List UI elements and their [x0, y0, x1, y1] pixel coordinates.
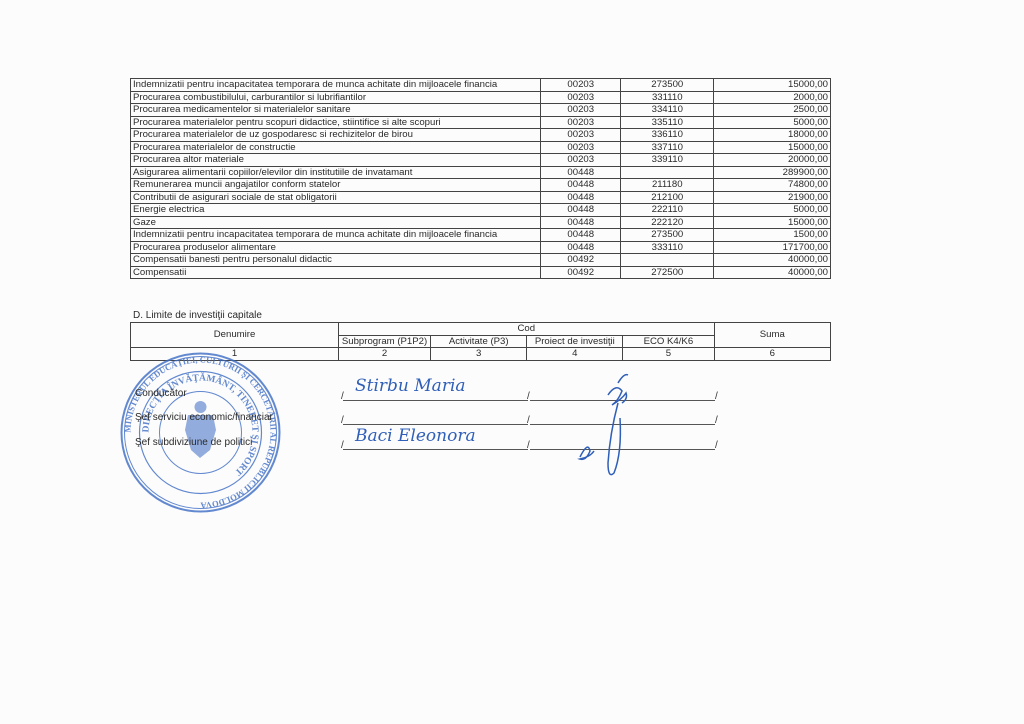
table-row: Procurarea altor materiale00203339110200…	[131, 154, 831, 167]
cell-denumire: Procurarea materialelor de uz gospodares…	[131, 129, 541, 142]
cell-suma: 2000,00	[714, 91, 831, 104]
col-number: 5	[623, 348, 714, 361]
cell-denumire: Compensatii banesti pentru personalul di…	[131, 254, 541, 267]
header-eco: ECO K4/K6	[623, 335, 714, 348]
header-cod: Cod	[339, 323, 715, 336]
header-activitate: Activitate (P3)	[431, 335, 527, 348]
table-row: Procurarea combustibilului, carburantilo…	[131, 91, 831, 104]
cell-subprogram-code: 00203	[541, 91, 621, 104]
cell-denumire: Gaze	[131, 216, 541, 229]
cell-eco-code: 222110	[621, 204, 714, 217]
slash-separator: /	[715, 415, 718, 426]
cell-eco-code: 339110	[621, 154, 714, 167]
cell-denumire: Compensatii	[131, 266, 541, 279]
cell-subprogram-code: 00203	[541, 129, 621, 142]
cell-suma: 18000,00	[714, 129, 831, 142]
table-row: Indemnizatii pentru incapacitatea tempor…	[131, 229, 831, 242]
handwritten-name-3: Baci Eleonora	[355, 426, 476, 446]
slash-separator: /	[527, 415, 530, 426]
col-number: 4	[527, 348, 623, 361]
signature-role-label: Şef serviciu economic/financiar	[135, 412, 273, 423]
cell-denumire: Energie electrica	[131, 204, 541, 217]
cell-denumire: Procurarea altor materiale	[131, 154, 541, 167]
cell-subprogram-code: 00492	[541, 254, 621, 267]
slash-separator: /	[341, 440, 344, 451]
cell-suma: 20000,00	[714, 154, 831, 167]
cell-suma: 40000,00	[714, 254, 831, 267]
official-stamp: MINISTERUL EDUCAŢIEI, CULTURII ŞI CERCET…	[118, 350, 283, 515]
slash-separator: /	[527, 440, 530, 451]
slash-separator: /	[715, 440, 718, 451]
cell-eco-code: 273500	[621, 79, 714, 92]
table-row: Compensatii banesti pentru personalul di…	[131, 254, 831, 267]
header-proiect: Proiect de investiţii	[527, 335, 623, 348]
table-row: Indemnizatii pentru incapacitatea tempor…	[131, 79, 831, 92]
cell-subprogram-code: 00203	[541, 141, 621, 154]
cell-eco-code: 331110	[621, 91, 714, 104]
cell-subprogram-code: 00203	[541, 154, 621, 167]
cell-suma: 21900,00	[714, 191, 831, 204]
cell-subprogram-code: 00448	[541, 216, 621, 229]
cell-subprogram-code: 00448	[541, 179, 621, 192]
cell-subprogram-code: 00203	[541, 104, 621, 117]
cell-subprogram-code: 00203	[541, 79, 621, 92]
table-row: Energie electrica004482221105000,00	[131, 204, 831, 217]
cell-denumire: Procurarea materialelor de constructie	[131, 141, 541, 154]
cell-eco-code: 211180	[621, 179, 714, 192]
table-row: Procurarea materialelor de uz gospodares…	[131, 129, 831, 142]
cell-denumire: Remunerarea muncii angajatilor conform s…	[131, 179, 541, 192]
cell-suma: 5000,00	[714, 116, 831, 129]
signature-role-label: Conducător	[135, 388, 187, 399]
cell-suma: 15000,00	[714, 141, 831, 154]
slash-separator: /	[341, 391, 344, 402]
slash-separator: /	[527, 391, 530, 402]
cell-subprogram-code: 00448	[541, 191, 621, 204]
header-subprogram: Subprogram (P1P2)	[339, 335, 431, 348]
cell-suma: 74800,00	[714, 179, 831, 192]
col-number: 6	[714, 348, 830, 361]
cell-suma: 2500,00	[714, 104, 831, 117]
cell-eco-code: 222120	[621, 216, 714, 229]
table-row: Contributii de asigurari sociale de stat…	[131, 191, 831, 204]
cell-eco-code: 337110	[621, 141, 714, 154]
cell-suma: 5000,00	[714, 204, 831, 217]
cell-subprogram-code: 00492	[541, 266, 621, 279]
table-row: Procurarea medicamentelor si materialelo…	[131, 104, 831, 117]
col-number: 3	[431, 348, 527, 361]
cell-suma: 15000,00	[714, 79, 831, 92]
cell-denumire: Contributii de asigurari sociale de stat…	[131, 191, 541, 204]
table-row: Procurarea materialelor pentru scopuri d…	[131, 116, 831, 129]
cell-eco-code: 272500	[621, 266, 714, 279]
cell-subprogram-code: 00448	[541, 241, 621, 254]
header-suma: Suma	[714, 323, 830, 348]
cell-subprogram-code: 00448	[541, 204, 621, 217]
cell-eco-code: 334110	[621, 104, 714, 117]
handwritten-name-1: Stirbu Maria	[355, 376, 466, 396]
table-row: Procurarea produselor alimentare00448333…	[131, 241, 831, 254]
signature-row: Conducător	[135, 388, 187, 399]
cell-subprogram-code: 00448	[541, 166, 621, 179]
cell-suma: 1500,00	[714, 229, 831, 242]
cell-eco-code: 336110	[621, 129, 714, 142]
cell-eco-code: 333110	[621, 241, 714, 254]
table-row: Gaze0044822212015000,00	[131, 216, 831, 229]
cell-suma: 171700,00	[714, 241, 831, 254]
cell-suma: 15000,00	[714, 216, 831, 229]
col-number: 2	[339, 348, 431, 361]
cell-denumire: Procurarea combustibilului, carburantilo…	[131, 91, 541, 104]
cell-denumire: Procurarea produselor alimentare	[131, 241, 541, 254]
cell-denumire: Asigurarea alimentarii copiilor/elevilor…	[131, 166, 541, 179]
header-denumire: Denumire	[131, 323, 339, 348]
signature-row: Şef subdiviziune de politici	[135, 437, 252, 448]
cell-eco-code: 335110	[621, 116, 714, 129]
cell-eco-code: 273500	[621, 229, 714, 242]
slash-separator: /	[341, 415, 344, 426]
section-d-title: D. Limite de investiţii capitale	[133, 310, 262, 321]
cell-denumire: Procurarea medicamentelor si materialelo…	[131, 104, 541, 117]
cell-denumire: Indemnizatii pentru incapacitatea tempor…	[131, 229, 541, 242]
table-row: Remunerarea muncii angajatilor conform s…	[131, 179, 831, 192]
signature-row: Şef serviciu economic/financiar	[135, 412, 273, 423]
slash-separator: /	[715, 391, 718, 402]
table-row: Compensatii0049227250040000,00	[131, 266, 831, 279]
cell-eco-code	[621, 254, 714, 267]
cell-eco-code: 212100	[621, 191, 714, 204]
budget-lines-table: Indemnizatii pentru incapacitatea tempor…	[130, 78, 831, 279]
table-row: Procurarea materialelor de constructie00…	[131, 141, 831, 154]
cell-subprogram-code: 00203	[541, 116, 621, 129]
cell-subprogram-code: 00448	[541, 229, 621, 242]
signature-role-label: Şef subdiviziune de politici	[135, 437, 252, 448]
table-row: Asigurarea alimentarii copiilor/elevilor…	[131, 166, 831, 179]
cell-suma: 40000,00	[714, 266, 831, 279]
cell-eco-code	[621, 166, 714, 179]
cell-denumire: Procurarea materialelor pentru scopuri d…	[131, 116, 541, 129]
cell-denumire: Indemnizatii pentru incapacitatea tempor…	[131, 79, 541, 92]
signature-line	[343, 414, 528, 425]
cell-suma: 289900,00	[714, 166, 831, 179]
signature-scribble-icon	[560, 365, 670, 485]
